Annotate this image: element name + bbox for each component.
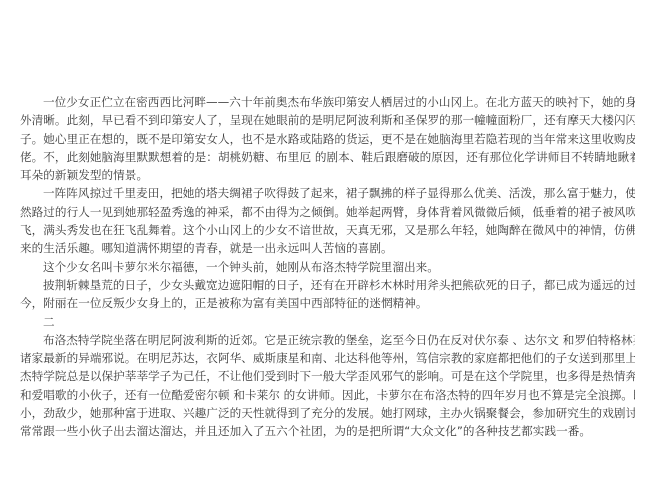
paragraph-line: 和爱唱歌的小伙子，还有一位酷爱密尔顿 和卡莱尔 的女讲师。因此，卡萝尔在布洛杰特…	[20, 386, 635, 404]
paragraph-line: 来的生活乐趣。哪知道满怀期望的青春，就是一出永远叫人苦恼的喜剧。	[20, 239, 635, 257]
paragraph-line: 杰特学院总是以保护莘莘学子为己任，不让他们受到时下一般大学歪风邪气的影响。可是在…	[20, 367, 635, 385]
paragraph-line: 外清晰。此刻，早已看不到印第安人了，呈现在她眼前的是明尼阿波利斯和圣保罗的那一幢…	[20, 111, 635, 129]
section-heading: 二	[20, 313, 635, 331]
paragraph-line: 披荆斩棘垦荒的日子，少女头戴宽边遮阳帽的日子，还有在开辟杉木林时用斧头把熊砍死的…	[20, 276, 635, 294]
paragraph-line: 一阵阵风掠过千里麦田，把她的塔夫绸裙子吹得鼓了起来，裙子飘拂的样子显得那么优美、…	[20, 184, 635, 202]
paragraph-line: 诸家最新的异端邪说。在明尼苏达，衣阿华、威斯康星和南、北达科他等州，笃信宗教的家…	[20, 349, 635, 367]
paragraph-line: 子。她心里正在想的，既不是印第安女人，也不是水路或陆路的货运，更不是在她脑海里若…	[20, 130, 635, 148]
paragraph-line: 布洛杰特学院坐落在明尼阿波利斯的近郊。它是正统宗教的堡垒，迄至今日仍在反对伏尔泰…	[20, 331, 635, 349]
document-page: 一位少女正伫立在密西西比河畔——六十年前奥杰布华族印第安人栖居过的小山冈上。在北…	[20, 93, 635, 441]
paragraph-line: 今，附丽在一位反叛少女身上的，正是被称为富有美国中西部特征的迷惘精神。	[20, 294, 635, 312]
paragraph-line: 常常跟一些小伙子出去溜达溜达，并且还加入了五六个社团，为的是把所谓“大众文化”的…	[20, 422, 635, 440]
paragraph-line: 佬。不，此刻她脑海里默默想着的是：胡桃奶糖、布里厄 的剧本、鞋后跟磨破的原因，还…	[20, 148, 635, 166]
paragraph-line: 飞，满头秀发也在狂飞乱舞着。这个小山冈上的少女不谙世故，天真无邪，又是那么年轻，…	[20, 221, 635, 239]
paragraph-line: 耳朵的新颖发型的情景。	[20, 166, 635, 184]
paragraph-line: 这个少女名叫卡萝尔米尔福德，一个钟头前，她刚从布洛杰特学院里溜出来。	[20, 258, 635, 276]
paragraph-line: 一位少女正伫立在密西西比河畔——六十年前奥杰布华族印第安人栖居过的小山冈上。在北…	[20, 93, 635, 111]
paragraph-line: 然路过的行人一见到她那轻盈秀逸的神采，都不由得为之倾倒。她举起两臂，身体背着风微…	[20, 203, 635, 221]
paragraph-line: 小，劲敌少，她那种富于进取、兴趣广泛的天性就得到了充分的发展。她打网球，主办火锅…	[20, 404, 635, 422]
